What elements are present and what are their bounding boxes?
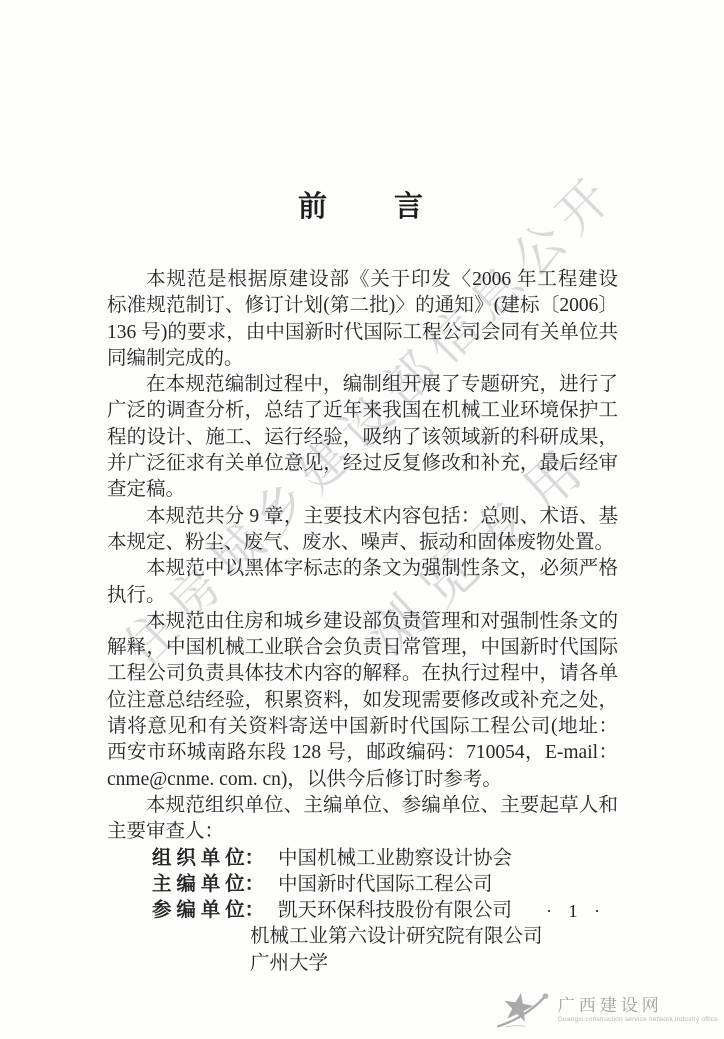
page-title: 前 言 <box>0 184 724 225</box>
unit-row-participants: 参 编 单 位： 凯天环保科技股份有限公司 <box>107 898 618 924</box>
unit-value-continuation: 广州大学 <box>107 951 618 977</box>
site-name: 广西建设网 <box>558 997 718 1015</box>
unit-row-organizer: 组 织 单 位： 中国机械工业勘察设计协会 <box>107 846 618 872</box>
unit-value: 中国新时代国际工程公司 <box>278 872 618 898</box>
unit-label: 组 织 单 位： <box>152 846 278 872</box>
unit-value: 中国机械工业勘察设计协会 <box>278 846 618 872</box>
unit-label: 主 编 单 位： <box>152 872 278 898</box>
preface-paragraph: 本规范是根据原建设部《关于印发〈2006 年工程建设标准规范制订、修订计划(第二… <box>107 267 618 372</box>
preface-paragraph: 本规范共分 9 章，主要技术内容包括：总则、术语、基本规定、粉尘、废气、废水、噪… <box>107 504 618 557</box>
preface-paragraph: 本规范中以黑体字标志的条文为强制性条文，必须严格执行。 <box>107 556 618 609</box>
preface-body: 本规范是根据原建设部《关于印发〈2006 年工程建设标准规范制订、修订计划(第二… <box>107 267 618 977</box>
unit-row-chief-editor: 主 编 单 位： 中国新时代国际工程公司 <box>107 872 618 898</box>
site-logo: 广西建设网 Guangxi construction service netwo… <box>492 987 718 1033</box>
editorial-units: 组 织 单 位： 中国机械工业勘察设计协会 主 编 单 位： 中国新时代国际工程… <box>107 846 618 977</box>
unit-value-continuation: 机械工业第六设计研究院有限公司 <box>107 924 618 950</box>
shooting-star-icon <box>492 987 554 1033</box>
preface-paragraph: 本规范由住房和城乡建设部负责管理和对强制性条文的解释，中国机械工业联合会负责日常… <box>107 609 618 793</box>
page-number: · 1 · <box>546 901 606 922</box>
preface-paragraph: 在本规范编制过程中，编制组开展了专题研究，进行了广泛的调查分析，总结了近年来我国… <box>107 372 618 503</box>
document-page: 住房城乡建设部信息公开 浏览专用 前 言 本规范是根据原建设部《关于印发〈200… <box>0 0 724 1039</box>
unit-label: 参 编 单 位： <box>152 898 278 924</box>
site-tagline: Guangxi construction service network ind… <box>558 1015 718 1024</box>
preface-paragraph: 本规范组织单位、主编单位、参编单位、主要起草人和主要审查人： <box>107 793 618 846</box>
